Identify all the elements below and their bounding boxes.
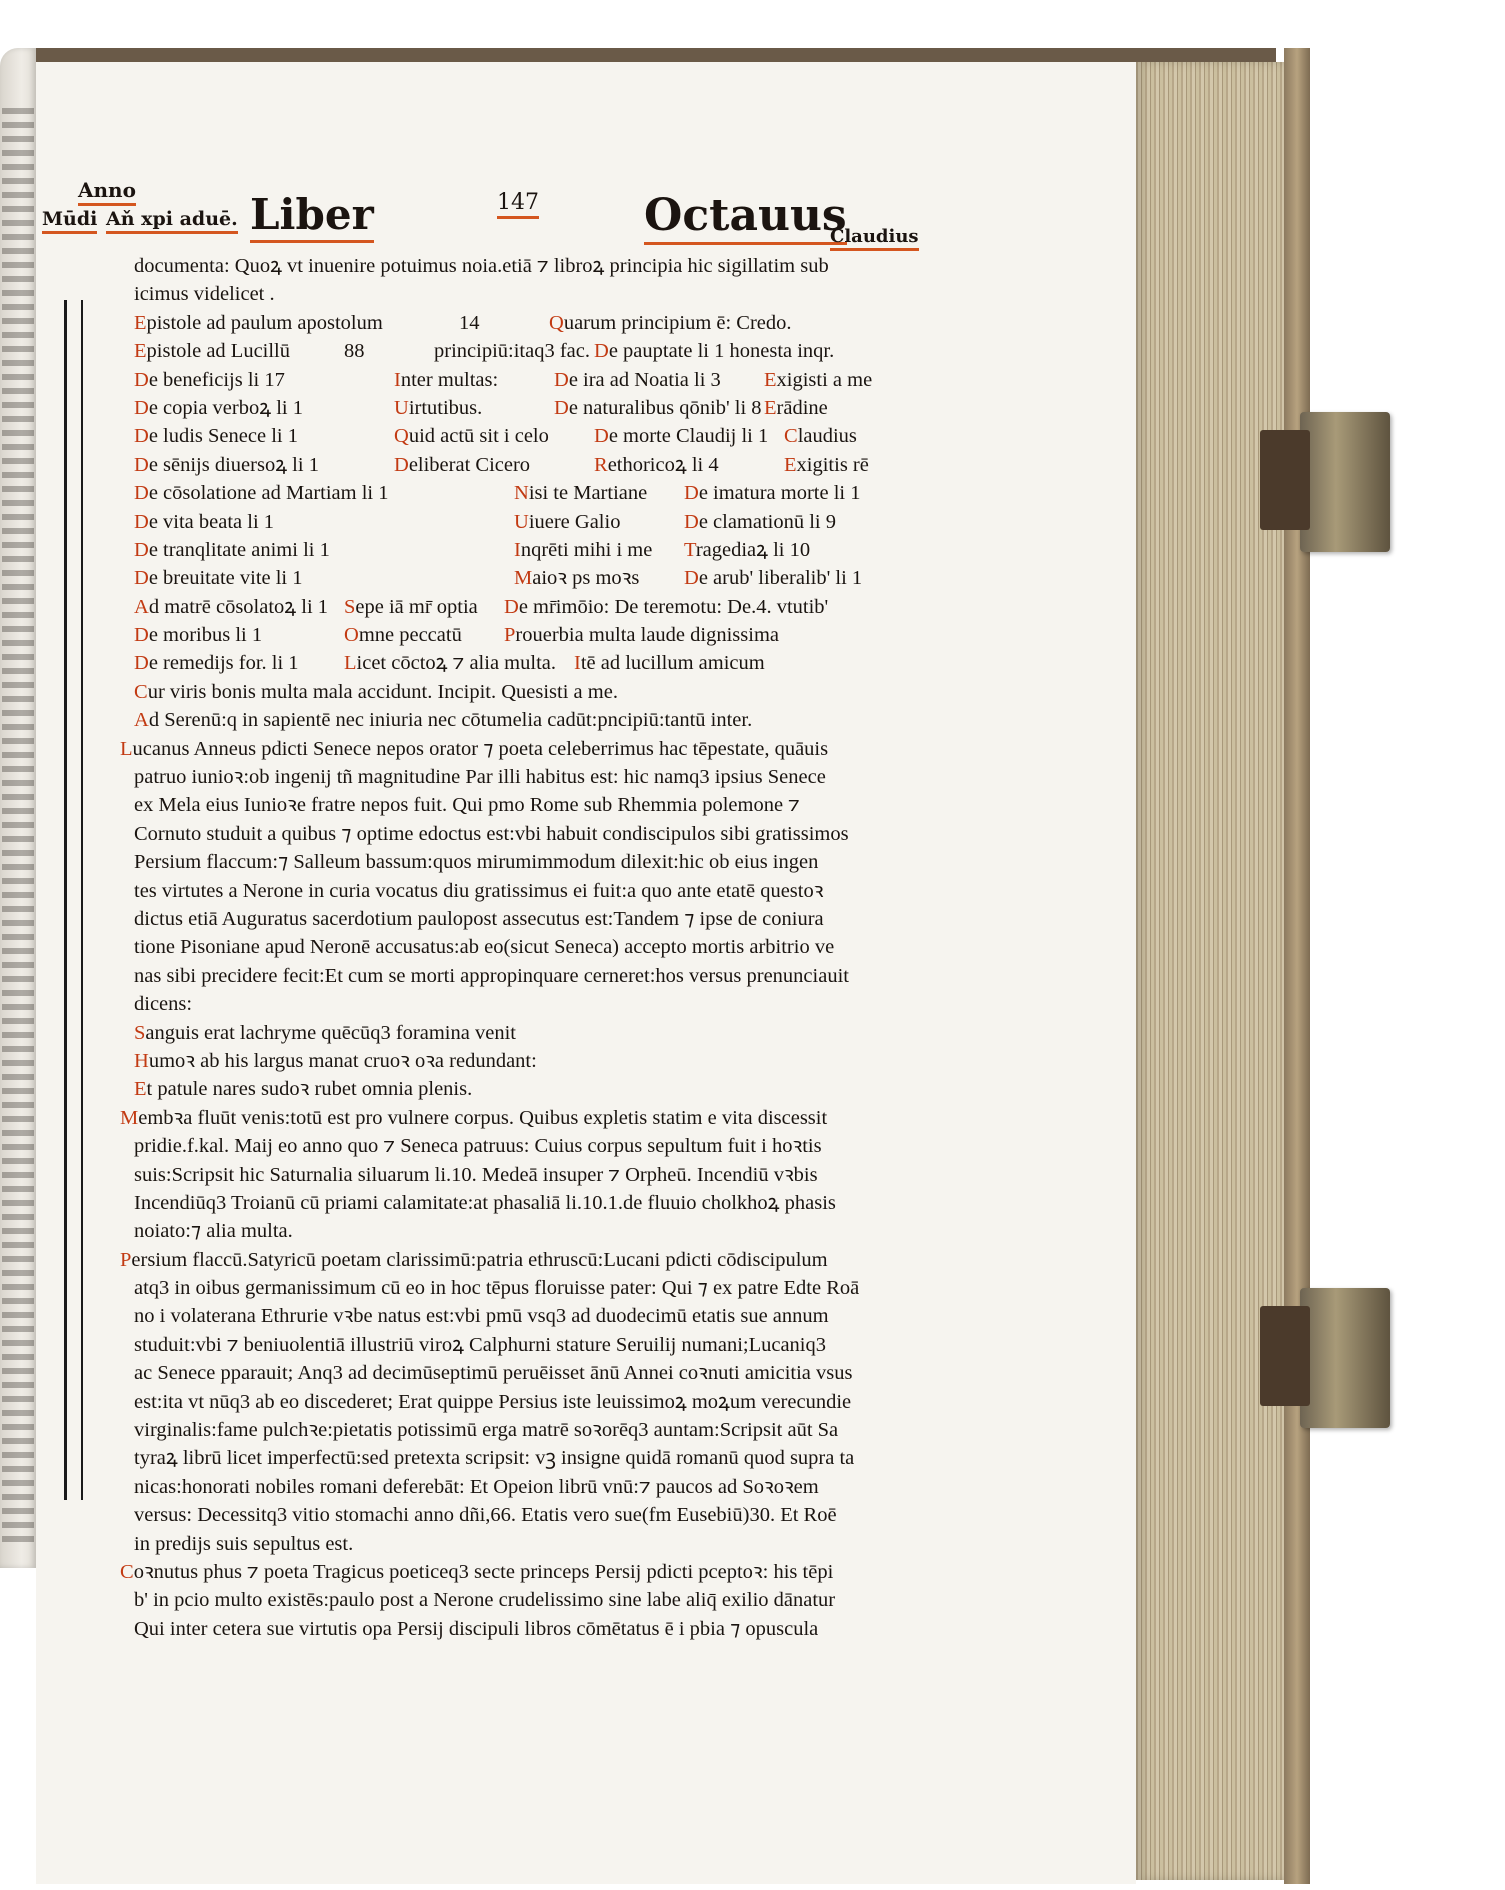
paragraph-cornutus: Coꝛnutus phus ⁊ poeta Tragicus poeticeq3… — [120, 1558, 994, 1643]
paragraph-persius: Persium flaccū.Satyricū poetam clarissim… — [120, 1246, 994, 1558]
clasp-strap — [1260, 1306, 1310, 1406]
table-row: Epistole ad paulum apostolum14Quarum pri… — [134, 309, 994, 337]
text-block: documenta: Quoꝝ vt inuenire potuimus noi… — [134, 252, 994, 1643]
text-line: studuit:vbi ⁊ beniuolentiā illustriū vir… — [120, 1331, 994, 1359]
paragraph-treatises: Cur viris bonis multa mala accidunt. Inc… — [134, 678, 994, 735]
table-row: De vita beata li 1Uiuere GalioDe clamati… — [134, 508, 994, 536]
text-line: Qui inter cetera sue virtutis opa Persij… — [120, 1615, 994, 1643]
text-line: no i volaterana Ethrurie vꝛbe natus est:… — [120, 1302, 994, 1330]
text-line: est:ita vt nūq3 ab eo discederet; Erat q… — [120, 1388, 994, 1416]
table-row: De ludis Senece li 1Quid actū sit i celo… — [134, 422, 994, 450]
table-row: De cōsolatione ad Martiam li 1Nisi te Ma… — [134, 479, 994, 507]
works-table: Epistole ad paulum apostolum14Quarum pri… — [134, 309, 994, 678]
text-line: Persium flaccum:⁊ Salleum bassum:quos mi… — [120, 848, 994, 876]
lower-clasp — [1300, 1288, 1390, 1428]
text-line: dicens: — [120, 990, 994, 1018]
folio-number: 147 — [497, 190, 539, 215]
clasp-strap — [1260, 430, 1310, 530]
header-christi-label: Aň xpi aduē. — [106, 208, 238, 230]
upper-clasp — [1300, 412, 1390, 552]
text-line: Ad Serenū:q in sapientē nec iniuria nec … — [134, 706, 994, 734]
table-row: De remedijs for. li 1Licet cōctoꝝ ⁊ alia… — [134, 649, 994, 677]
header-anno-label: Anno — [78, 178, 136, 202]
text-line: nas sibi precidere fecit:Et cum se morti… — [120, 962, 994, 990]
text-line: documenta: Quoꝝ vt inuenire potuimus noi… — [134, 252, 994, 280]
text-line: Cornuto studuit a quibus ⁊ optime edoctu… — [120, 820, 994, 848]
text-line: versus: Decessitq3 vitio stomachi anno d… — [120, 1501, 994, 1529]
verse-lines: Sanguis erat lachryme quēcūq3 foramina v… — [134, 1019, 994, 1104]
text-line: Lucanus Anneus pdicti Senece nepos orato… — [120, 735, 994, 763]
text-line: in predijs suis sepultus est. — [120, 1530, 994, 1558]
text-line: atq3 in oibus germanissimum cū eo in hoc… — [120, 1274, 994, 1302]
paragraph-membra: Membꝛa fluūt venis:totū est pro vulnere … — [120, 1104, 994, 1246]
text-line: virginalis:fame pulchꝛe:pietatis potissi… — [120, 1416, 994, 1444]
table-row: De sēnijs diuersoꝝ li 1Deliberat CiceroR… — [134, 451, 994, 479]
text-line: dictus etiā Auguratus sacerdotium paulop… — [120, 905, 994, 933]
text-line: Persium flaccū.Satyricū poetam clarissim… — [120, 1246, 994, 1274]
table-row: Epistole ad Lucillū88principiū:itaq3 fac… — [134, 337, 994, 365]
table-row: De copia verboꝝ li 1Uirtutibus.De natura… — [134, 394, 994, 422]
text-line: Membꝛa fluūt venis:totū est pro vulnere … — [120, 1104, 994, 1132]
text-line: ex Mela eius Iunioꝛe fratre nepos fuit. … — [120, 791, 994, 819]
header-liber: Liber — [250, 190, 374, 239]
text-line: Incendiūq3 Troianū cū priami calamitate:… — [120, 1189, 994, 1217]
text-line: patruo iunioꝛ:ob ingenij tñ magnitudine … — [120, 763, 994, 791]
verse-line: Humoꝛ ab his largus manat cruoꝛ oꝛa redu… — [134, 1047, 994, 1075]
facing-left-page — [0, 48, 36, 1568]
text-line: tyraꝝ librū licet imperfectū:sed pretext… — [120, 1444, 994, 1472]
text-line: tes virtutes a Nerone in curia vocatus d… — [120, 877, 994, 905]
table-row: Ad matrē cōsolatoꝝ li 1Sepe iā mr̄ optia… — [134, 593, 994, 621]
verse-line: Et patule nares sudoꝛ rubet omnia plenis… — [134, 1075, 994, 1103]
verse-line: Sanguis erat lachryme quēcūq3 foramina v… — [134, 1019, 994, 1047]
table-row: De tranqlitate animi li 1Inqrēti mihi i … — [134, 536, 994, 564]
text-line: suis:Scripsit hic Saturnalia siluarum li… — [120, 1161, 994, 1189]
text-line: Cur viris bonis multa mala accidunt. Inc… — [134, 678, 994, 706]
header-book-number: Octauus — [644, 190, 847, 241]
text-line: Coꝛnutus phus ⁊ poeta Tragicus poeticeq3… — [120, 1558, 994, 1586]
text-line: nicas:honorati nobiles romani deferebāt:… — [120, 1473, 994, 1501]
text-line: noiato:⁊ alia multa. — [120, 1217, 994, 1245]
left-page-text-block — [2, 108, 34, 1548]
table-row: De breuitate vite li 1Maioꝛ ps moꝛsDe ar… — [134, 564, 994, 592]
table-row: De beneficijs li 17Inter multas:De ira a… — [134, 366, 994, 394]
text-line: ac Senece pparauit; Anq3 ad decimūseptim… — [120, 1359, 994, 1387]
text-line: b' in pcio multo existēs:paulo post a Ne… — [120, 1586, 994, 1614]
running-name: Claudius — [830, 226, 919, 247]
book-cover-right-edge — [1284, 48, 1310, 1884]
text-line: icimus videlicet . — [134, 280, 994, 308]
paragraph-lucanus: Lucanus Anneus pdicti Senece nepos orato… — [120, 735, 994, 1019]
margin-double-rule — [64, 300, 83, 1500]
table-row: De moribus li 1Omne peccatūProuerbia mul… — [134, 621, 994, 649]
header-mundi-label: Mūdi — [42, 208, 97, 230]
page-fore-edge — [1136, 62, 1284, 1880]
text-line: pridie.f.kal. Maij eo anno quo ⁊ Seneca … — [120, 1132, 994, 1160]
text-line: tione Pisoniane apud Neronē accusatus:ab… — [120, 933, 994, 961]
